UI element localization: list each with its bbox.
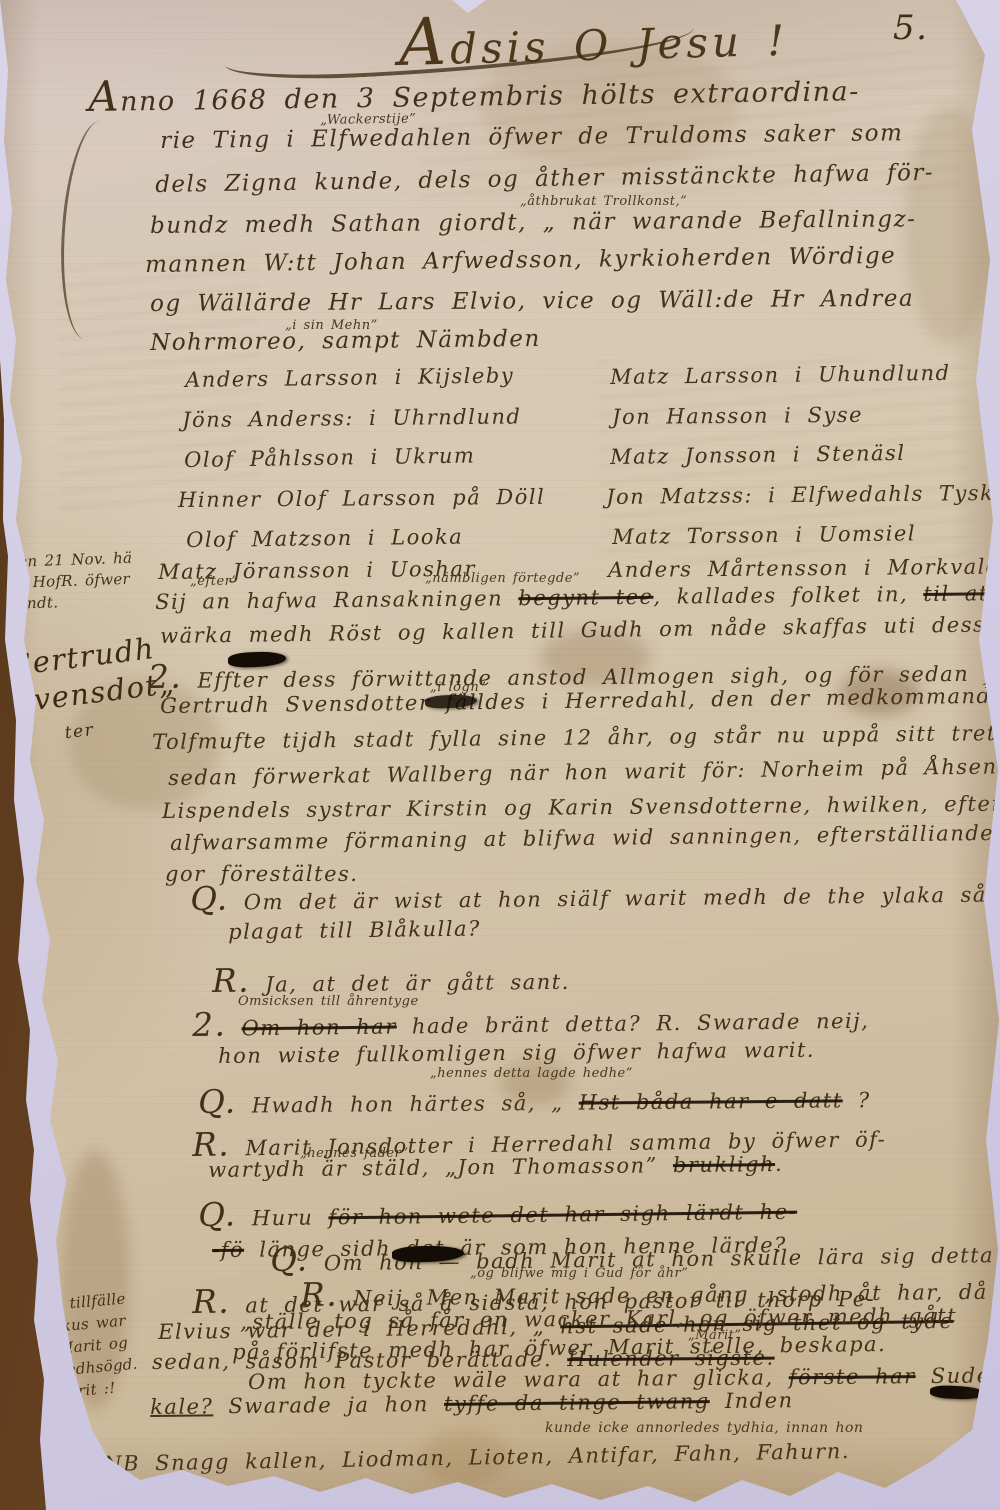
text-segment: Q. Hwadh hon härtes så, „ (198, 1091, 579, 1118)
text-segment: begynt tee (518, 585, 653, 610)
text-segment: ? (843, 1088, 871, 1112)
answer-line: wartydh är stäld, „Jon Thomasson” brukli… (208, 1152, 783, 1182)
jury-name: Olof Påhlsson i Ukrum (184, 443, 476, 472)
text-segment: Hst båda har e datt (579, 1088, 843, 1114)
margin-note-line: K. HofR. öfwer (9, 569, 134, 594)
text-segment: , kallades folket in, (653, 582, 923, 609)
text-segment: brukligh (673, 1152, 775, 1177)
question-line: 2. Om hon har hade bränt detta? R. Swara… (192, 998, 870, 1044)
text-segment: -fö (212, 1238, 244, 1262)
margin-note-sent: den 21 Nov. hä K. HofR. öfwer sendt. (8, 548, 134, 615)
text-segment: Sudende (916, 1363, 1000, 1388)
jury-name: Matz Larsson i Uhundlund (610, 361, 951, 389)
text-segment: kale? (150, 1394, 213, 1419)
manuscript-page: Adsis O Jesu ! 5. Anno 1668 den 3 Septem… (0, 0, 1000, 1510)
text-segment: Sij an hafwa Ransakningen (155, 586, 518, 614)
text-segment: tyffe da tinge twang (444, 1389, 710, 1416)
text-segment: 2. (192, 1016, 242, 1041)
margin-note-line: sendt. (9, 590, 134, 615)
text-segment: til at begynna (923, 580, 1000, 606)
jury-name: Matz Jonsson i Stenäsl (610, 441, 906, 469)
text-segment: för hon wete det har sigh lärdt he- (328, 1200, 797, 1230)
question-line: plagat till Blåkulla? (228, 916, 481, 944)
text-segment: Q. Huru (198, 1205, 328, 1231)
text-segment: förste har (789, 1364, 916, 1389)
jury-name: Jon Matzss: i Elfwedahls Tyskboo (606, 480, 1000, 509)
jury-name: Anders Larsson i Kijsleby (185, 363, 514, 392)
question-line: hon wiste fullkomligen sig öfwer hafwa w… (218, 1038, 815, 1068)
jury-name: Hinner Olof Larsson på Döll (178, 485, 545, 512)
body-line: sedan förwerkat Wallberg när hon warit f… (168, 753, 1000, 790)
jury-name: Matz Torsson i Uomsiel (612, 521, 916, 549)
body-line: bundz medh Sathan giordt, „ när warande … (150, 206, 917, 239)
text-segment: Inden (710, 1388, 794, 1413)
text-segment: wartydh är stäld, „Jon Thomasson” (208, 1153, 673, 1182)
interlinear-insert: „i lögn” (430, 680, 486, 695)
text-segment: hade bränt detta? R. Swarade neij, (397, 1009, 870, 1039)
text-segment: Om hon har (241, 1015, 397, 1041)
text-segment: Swarade ja hon (213, 1392, 444, 1418)
interlinear-insert: „nämbligen förtegde” (425, 571, 580, 586)
body-line: alfwarsamme förmaning at blifwa wid sann… (170, 820, 1000, 855)
body-line: Tolfmufte tijdh stadt fylla sine 12 åhr,… (152, 720, 1000, 754)
jury-name: Jon Hansson i Syse (612, 403, 863, 429)
photographed-manuscript: Adsis O Jesu ! 5. Anno 1668 den 3 Septem… (0, 0, 1000, 1510)
interlinear-insert: kunde icke annorledes tydhia, innan hon (545, 1420, 863, 1436)
body-line: Lispendels systrar Kirstin og Karin Sven… (162, 790, 1000, 823)
interlinear-insert: „åthbrukat Trollkonst,” (520, 194, 687, 209)
body-line: Nohrmoreo, sampt Nämbden (150, 326, 541, 356)
question-line: Q. Huru för hon wete det har sigh lärdt … (198, 1189, 797, 1234)
jury-name: Olof Matzson i Looka (186, 525, 463, 552)
question-line: Q. Hwadh hon härtes så, „ Hst båda har e… (198, 1077, 871, 1121)
answer-line: kale? Swarade ja hon tyffe da tinge twan… (150, 1388, 794, 1419)
jury-name: Jöns Anderss: i Uhrndlund (182, 404, 522, 432)
text-segment: . (775, 1152, 783, 1176)
question-line: Q. Om det är wist at hon siälf warit med… (190, 872, 987, 918)
page-number: 5. (893, 8, 928, 48)
interlinear-insert: „efter” (190, 574, 239, 589)
body-line: og Wällärde Hr Lars Elvio, vice og Wäll:… (150, 286, 914, 317)
jury-name: Anders Mårtensson i Morkvald (608, 555, 1000, 582)
